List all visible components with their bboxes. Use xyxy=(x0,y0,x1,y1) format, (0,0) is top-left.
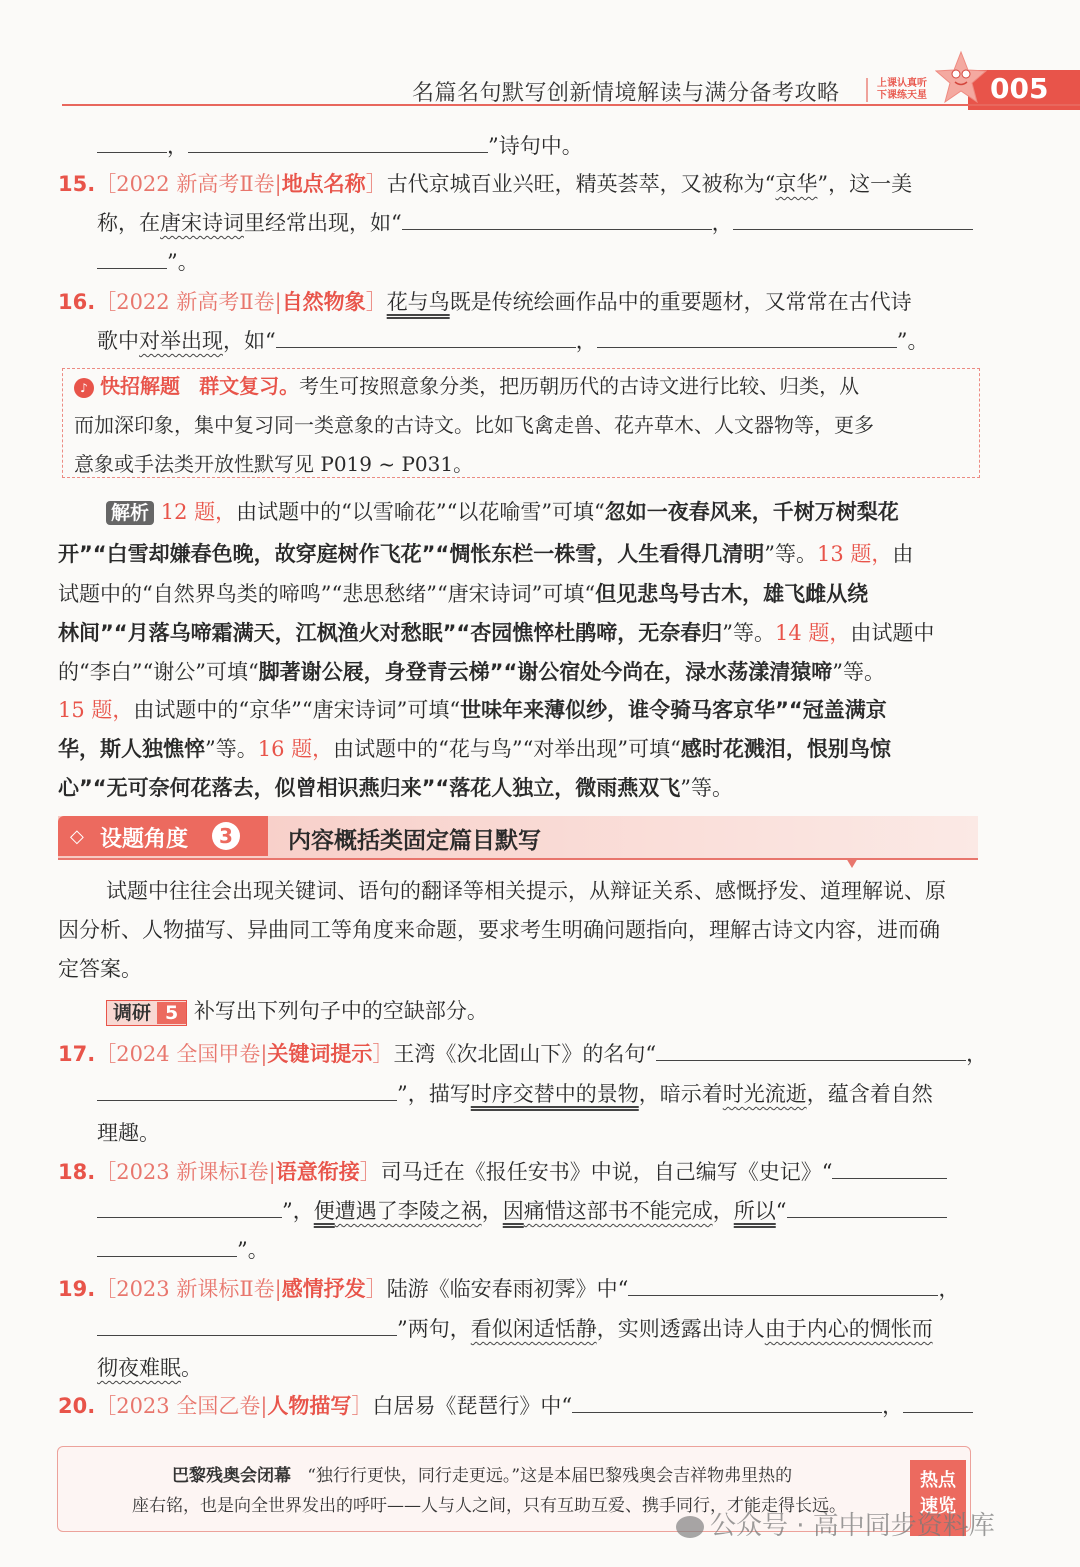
wechat-icon xyxy=(676,1516,704,1538)
analysis-line-6: 15 题，由试题中的“京华”“唐宋诗词”可填“世味年来薄似纱，谁令骑马客京华”“… xyxy=(58,696,887,724)
banner-notch xyxy=(846,858,858,868)
answer-blank[interactable] xyxy=(597,327,897,348)
answer-blank[interactable] xyxy=(733,209,973,230)
analysis-line-7: 华，斯人独憔悴”等。16 题，由试题中的“花与鸟”“对举出现”可填“感时花溅泪，… xyxy=(58,735,891,763)
answer-blank[interactable] xyxy=(572,1392,882,1413)
question-18-line2: ”，便遭遇了李陵之祸，因痛惜这部书不能完成，所以“ xyxy=(97,1197,947,1225)
analysis-line-4: 林间”“月落乌啼霜满天，江枫渔火对愁眠”“杏园憔悴杜鹃啼，无奈春归”等。14 题… xyxy=(58,619,934,647)
question-18: 18.［2023 新课标Ⅰ卷|语意衔接］司马迁在《报任安书》中说，自己编写《史记… xyxy=(58,1158,947,1186)
question-tag: ［2022 新高考Ⅱ卷|地点名称］ xyxy=(95,172,386,196)
header-divider xyxy=(866,78,868,102)
question-19-line3: 彻夜难眠。 xyxy=(97,1354,202,1382)
answer-blank[interactable] xyxy=(97,1080,397,1101)
question-15-line3: ”。 xyxy=(97,248,199,276)
tip-line-2: 而加深印象，集中复习同一类意象的古诗文。比如飞禽走兽、花卉草木、人文器物等，更多 xyxy=(74,411,874,439)
page-number: 005 xyxy=(990,72,1048,105)
answer-blank[interactable] xyxy=(276,327,576,348)
tip-line-3: 意象或手法类开放性默写见 P019 ~ P031。 xyxy=(74,450,473,478)
section-intro-line-2: 因分析、人物描写、异曲同工等角度来命题，要求考生明确问题指向，理解古诗文内容，进… xyxy=(58,916,940,944)
section-label: 设题角度 xyxy=(100,822,188,853)
analysis-badge: 解析 xyxy=(106,501,154,525)
header-slogan: 上课认真听 下课练天星 xyxy=(877,78,927,102)
answer-blank[interactable] xyxy=(97,1315,397,1336)
question-tag: ［2022 新高考Ⅱ卷|自然物象］ xyxy=(95,290,386,314)
answer-blank[interactable] xyxy=(97,1197,282,1218)
section-intro-line-1: 试题中往往会出现关键词、语句的翻译等相关提示，从辩证关系、感慨抒发、道理解说、原 xyxy=(106,877,946,905)
question-16-line2: 歌中对举出现，如“，”。 xyxy=(97,327,929,355)
answer-blank[interactable] xyxy=(97,132,167,153)
page-header: 名篇名句默写创新情境解读与满分备考攻略 上课认真听 下课练天星 005 xyxy=(0,0,1080,115)
question-17-line3: 理趣。 xyxy=(97,1119,160,1147)
question-15: 15.［2022 新高考Ⅱ卷|地点名称］古代京城百业兴旺，精英荟萃，又被称为“京… xyxy=(58,170,912,198)
question-16: 16.［2022 新高考Ⅱ卷|自然物象］花与鸟既是传统绘画作品中的重要题材，又常… xyxy=(58,288,912,316)
analysis-line-2: 开”“白雪却嫌春色晚，故穿庭树作飞花”“惆怅东栏一株雪，人生看得几清明”等。13… xyxy=(58,540,913,568)
section-banner: ◇ 设题角度 3 内容概括类固定篇目默写 xyxy=(58,816,978,860)
question-18-line3: ”。 xyxy=(97,1236,269,1264)
answer-blank[interactable] xyxy=(188,132,488,153)
quick-tip-icon: ♪ xyxy=(74,378,94,398)
answer-blank[interactable] xyxy=(787,1197,947,1218)
gem-icon: ◇ xyxy=(70,826,84,847)
answer-blank[interactable] xyxy=(97,1236,237,1257)
question-20: 20.［2023 全国乙卷|人物描写］白居易《琵琶行》中“， xyxy=(58,1392,973,1420)
slogan-line-2: 下课练天星 xyxy=(877,90,927,102)
research-prompt: 调研5 补写出下列句子中的空缺部分。 xyxy=(106,997,488,1026)
answer-blank[interactable] xyxy=(832,1158,947,1179)
section-title: 内容概括类固定篇目默写 xyxy=(288,822,541,855)
question-19-line2: ”两句，看似闲适恬静，实则透露出诗人由于内心的惆怅而 xyxy=(97,1315,933,1343)
question-15-line2: 称，在唐宋诗词里经常出现，如“， xyxy=(97,209,973,237)
section-number: 3 xyxy=(212,822,240,850)
news-line-1: 巴黎残奥会闭幕 “独行行更快，同行走更远。”这是本届巴黎残奥会吉祥物弗里热的 xyxy=(172,1464,792,1488)
question-17-line2: ”，描写时序交替中的景物，暗示着时光流逝，蕴含着自然 xyxy=(97,1080,933,1108)
header-rule xyxy=(62,104,1080,106)
answer-blank[interactable] xyxy=(402,209,712,230)
star-mascot-icon xyxy=(935,50,987,110)
slogan-line-1: 上课认真听 xyxy=(877,78,927,90)
prev-question-tail: ，”诗句中。 xyxy=(97,132,583,160)
research-badge: 调研5 xyxy=(106,1000,187,1026)
question-number: 16. xyxy=(58,290,95,314)
analysis-line-5: 的“李白”“谢公”可填“脚著谢公屐，身登青云梯”“谢公宿处今尚在，渌水荡漾清猿啼… xyxy=(58,658,885,686)
question-17: 17.［2024 全国甲卷|关键词提示］王湾《次北固山下》的名句“， xyxy=(58,1040,987,1068)
section-intro-line-3: 定答案。 xyxy=(58,955,142,983)
watermark: 公众号 · 高中同步资料库 xyxy=(676,1505,995,1542)
analysis-line-3: 试题中的“自然界鸟类的啼鸣”“悲思愁绪”“唐宋诗词”可填“但见悲鸟号古木，雄飞雌… xyxy=(58,580,868,608)
analysis-line-8: 心”“无可奈何花落去，似曾相识燕归来”“落花人独立，微雨燕双飞”等。 xyxy=(58,774,733,802)
book-title: 名篇名句默写创新情境解读与满分备考攻略 xyxy=(412,76,840,107)
tip-line-1: ♪快招解题 群文复习。考生可按照意象分类，把历朝历代的古诗文进行比较、归类，从 xyxy=(74,372,859,400)
answer-blank[interactable] xyxy=(656,1040,966,1061)
analysis-line-1: 解析 12 题，由试题中的“以雪喻花”“以花喻雪”可填“忽如一夜春风来，千树万树… xyxy=(106,498,899,526)
answer-blank[interactable] xyxy=(628,1275,938,1296)
question-number: 15. xyxy=(58,172,95,196)
answer-blank[interactable] xyxy=(903,1392,973,1413)
answer-blank[interactable] xyxy=(97,248,167,269)
question-19: 19.［2023 新课标Ⅱ卷|感情抒发］陆游《临安春雨初霁》中“， xyxy=(58,1275,959,1303)
